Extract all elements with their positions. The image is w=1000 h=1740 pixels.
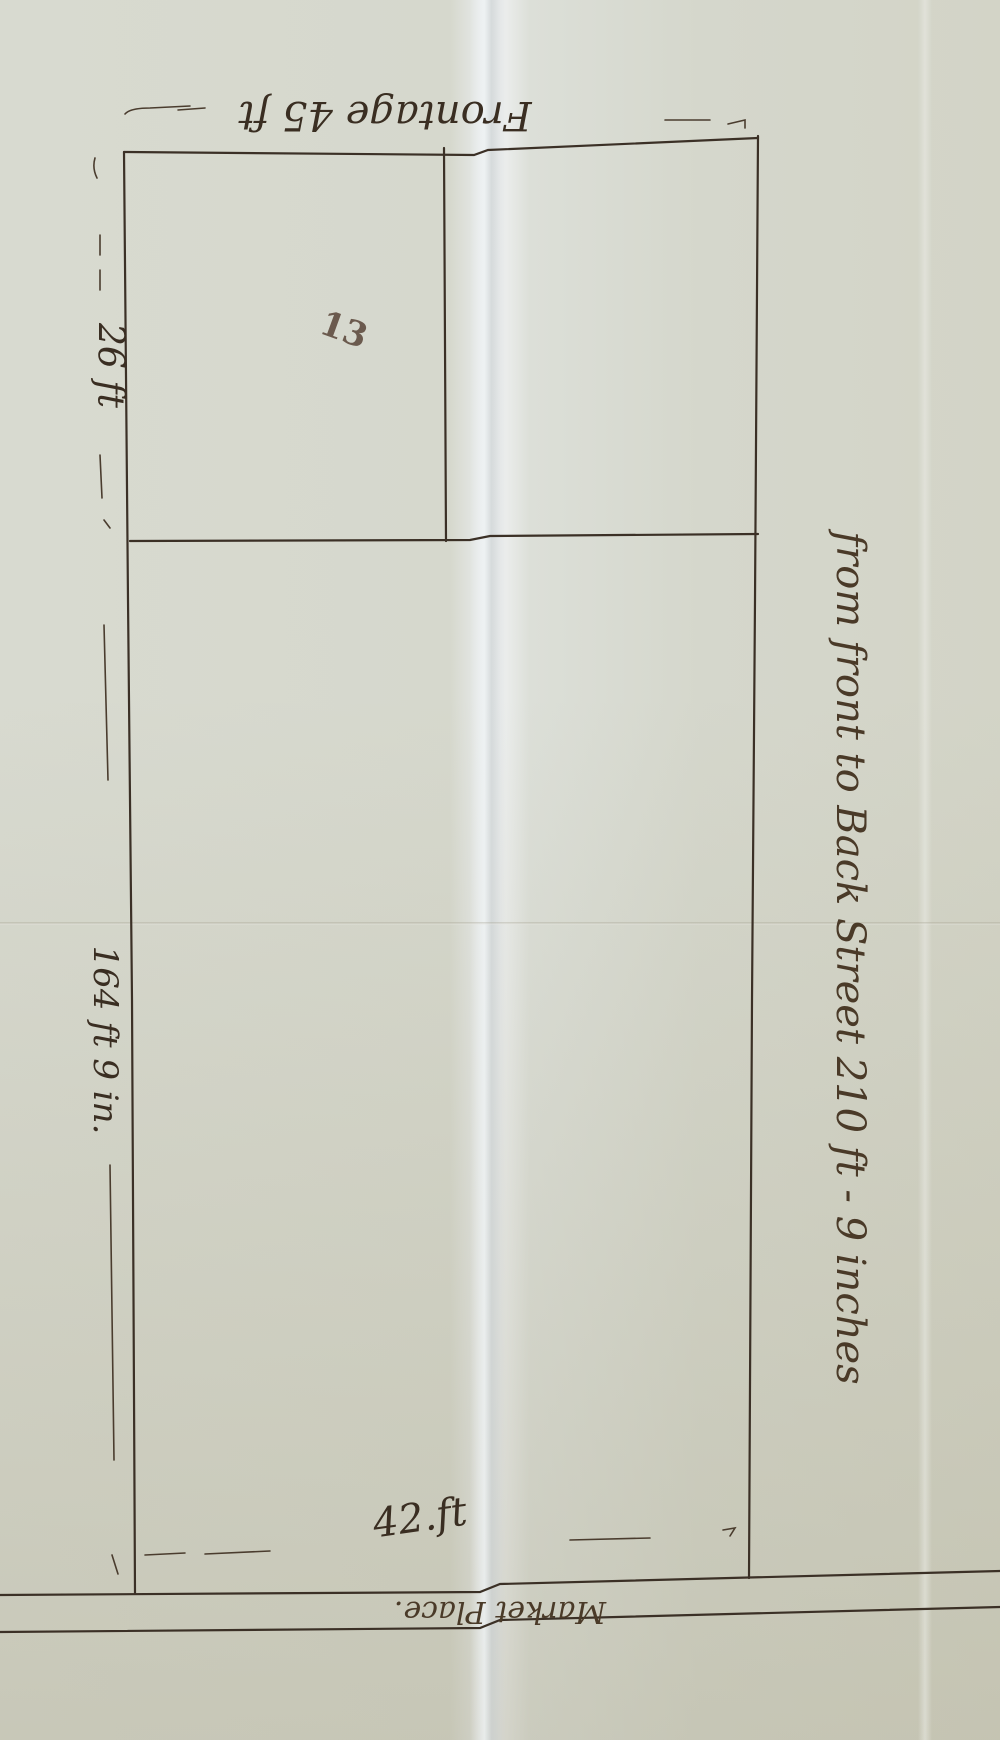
frontage-label: Frontage 45 ft <box>215 92 555 138</box>
building-side-line <box>444 148 446 541</box>
street-line-upper <box>0 1571 1000 1595</box>
remaining-depth-label: 164 ft 9 in. <box>85 930 125 1150</box>
building-rear-line <box>130 534 758 541</box>
street-name-label: Market Place. <box>310 1594 690 1629</box>
building-depth-label: 26 ft <box>90 266 131 466</box>
right-boundary-line <box>749 136 758 1578</box>
frontage-line <box>124 138 758 155</box>
total-depth-label: from front to Back Street 210 ft - 9 inc… <box>827 408 873 1508</box>
